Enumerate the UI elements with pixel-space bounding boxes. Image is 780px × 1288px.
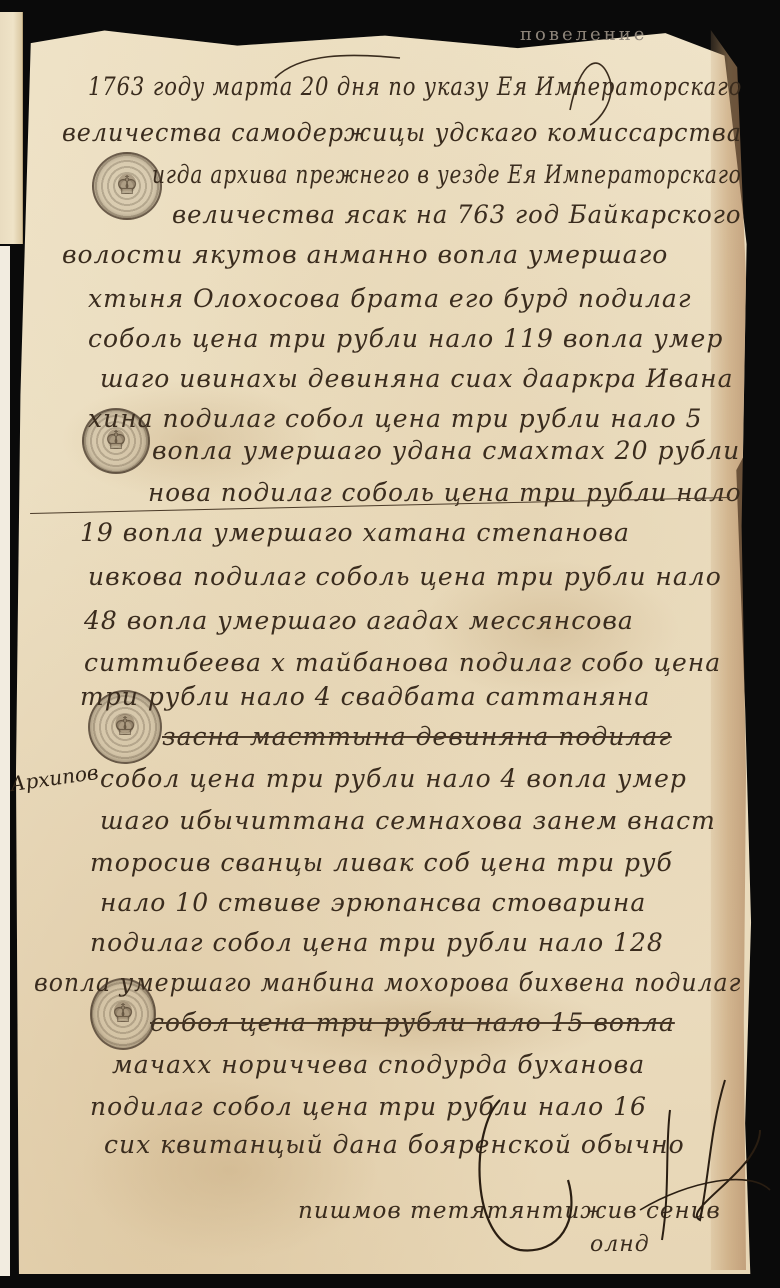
manuscript-line: шаго ивинахы девиняна сиах дааркра Ивана [100,364,734,393]
manuscript-line: торосив сванцы ливак соб цена три руб [90,848,673,877]
manuscript-line: 19 вопла умершаго хатана степанова [80,518,630,547]
adjacent-page-edge [0,246,10,1276]
manuscript-line: вопла умершаго манбина мохорова бихвена … [34,968,741,997]
manuscript-line: три рубли нало 4 свадбата саттаняна [80,682,650,711]
manuscript-line: нало 10 ствиве эрюпансва стоварина [100,888,646,917]
manuscript-line: вопла умершаго удана смахтах 20 рубли [152,436,740,465]
capital-flourish [560,40,640,130]
heading-flourish [270,48,410,88]
manuscript-line: шаго ибычиттана семнахова занем внаст [100,806,716,835]
double-eagle-icon: ♔ [94,154,160,218]
manuscript-line: собол цена три рубли нало 4 вопла умер [100,764,687,793]
manuscript-line: соболь цена три рубли нало 119 вопла уме… [88,324,723,353]
manuscript-line: 48 вопла умершаго агадах мессянсова [84,606,634,635]
manuscript-line: величества ясак на 763 год Байкарского [172,200,741,229]
manuscript-line: хина подилаг собол цена три рубли нало 5 [88,404,703,433]
manuscript-line: ивкова подилаг соболь цена три рубли нал… [88,562,722,591]
manuscript-line: хтыня Олохосова брата его бурд подилаг [88,284,691,313]
manuscript-line: 1763 году марта 20 дня по указу Ея Импер… [88,72,742,101]
manuscript-line: подилаг собол цена три рубли нало 128 [90,928,664,957]
manuscript-line: волости якутов анманно вопла умершаго [62,240,668,269]
manuscript-line-struck: собол цена три рубли нало 15 вопла [150,1008,675,1037]
manuscript-line: ситтибеева х тайбанова подилаг собо цена [84,648,721,677]
manuscript-line: игда архива прежнего в уезде Ея Императо… [152,160,742,189]
manuscript-line-struck: засна масттына девиняна подилаг [162,722,672,751]
adjacent-page-strip [0,12,23,244]
signature-flourish [460,1070,780,1270]
